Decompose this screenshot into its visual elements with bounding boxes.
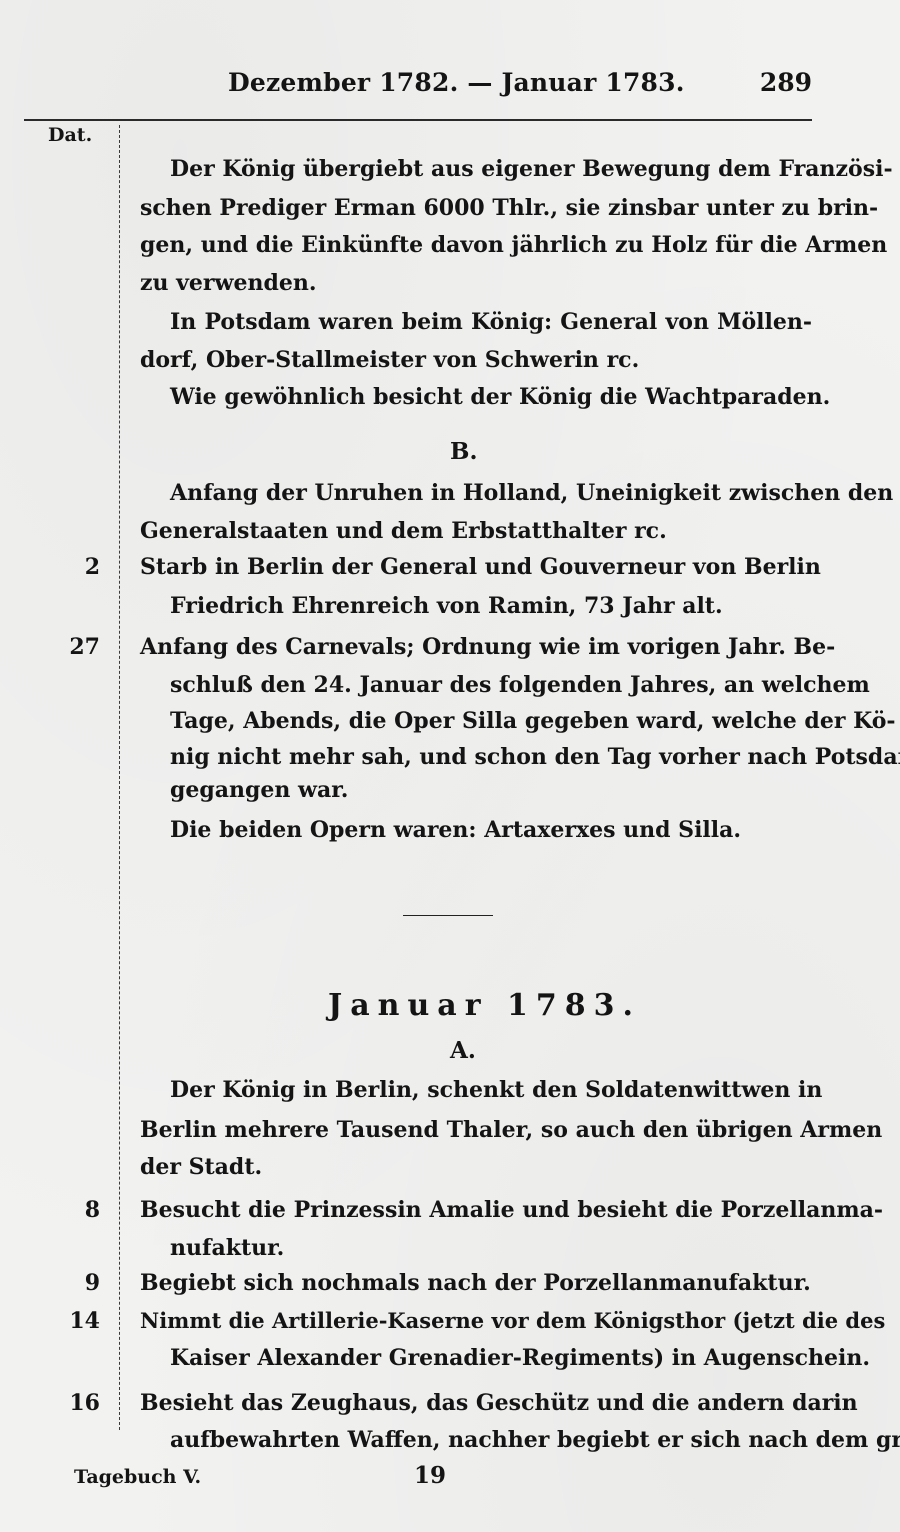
- entry-date: 14: [60, 1306, 100, 1336]
- entry-date: 8: [60, 1195, 100, 1225]
- section-separator-rule: [403, 915, 493, 916]
- text-line: gegangen war.: [170, 775, 812, 805]
- text-line: Berlin mehrere Tausend Thaler, so auch d…: [140, 1115, 812, 1145]
- entry-date: 27: [60, 632, 100, 662]
- text-line: dorf, Ober-Stallmeister von Schwerin rc.: [140, 345, 812, 375]
- text-line: zu verwenden.: [140, 268, 812, 298]
- book-page: Dezember 1782. — Januar 1783. 289 Dat. D…: [0, 0, 900, 1532]
- text-line: In Potsdam waren beim König: General von…: [170, 307, 812, 337]
- text-line: Besieht das Zeughaus, das Geschütz und d…: [140, 1388, 812, 1418]
- page-number: 289: [760, 68, 812, 97]
- text-line: Starb in Berlin der General und Gouverne…: [140, 552, 812, 582]
- sheet-number: 19: [414, 1462, 446, 1489]
- section-letter-b: B.: [450, 437, 477, 467]
- entry-date: 9: [60, 1268, 100, 1298]
- text-line: Der König in Berlin, schenkt den Soldate…: [170, 1075, 812, 1105]
- text-line: aufbewahrten Waffen, nachher begiebt er …: [170, 1425, 812, 1455]
- month-title: Januar 1783.: [328, 988, 641, 1023]
- text-line: Begiebt sich nochmals nach der Porzellan…: [140, 1268, 812, 1298]
- entry-date: 16: [60, 1388, 100, 1418]
- text-line: schen Prediger Erman 6000 Thlr., sie zin…: [140, 193, 812, 223]
- signature-mark: Tagebuch V.: [74, 1466, 201, 1488]
- text-line: der Stadt.: [140, 1152, 812, 1182]
- text-line: Anfang des Carnevals; Ordnung wie im vor…: [140, 632, 812, 662]
- text-line: Der König übergiebt aus eigener Bewegung…: [170, 154, 812, 184]
- page-header: Dezember 1782. — Januar 1783. 289: [0, 68, 900, 108]
- entry-date: 2: [60, 552, 100, 582]
- section-letter-a: A.: [450, 1036, 476, 1066]
- text-line: Generalstaaten und dem Erbstatthalter rc…: [140, 516, 812, 546]
- text-line: nig nicht mehr sah, und schon den Tag vo…: [170, 742, 812, 772]
- text-line: Tage, Abends, die Oper Silla gegeben war…: [170, 706, 812, 736]
- text-line: gen, und die Einkünfte davon jährlich zu…: [140, 230, 812, 260]
- text-line: Die beiden Opern waren: Artaxerxes und S…: [170, 815, 842, 845]
- text-line: Kaiser Alexander Grenadier-Regiments) in…: [170, 1343, 812, 1373]
- text-line: schluß den 24. Januar des folgenden Jahr…: [170, 670, 812, 700]
- text-line: Anfang der Unruhen in Holland, Uneinigke…: [170, 478, 812, 508]
- date-column-divider: [119, 125, 120, 1430]
- text-line: nufaktur.: [170, 1233, 812, 1263]
- text-line: Besucht die Prinzessin Amalie und besieh…: [140, 1195, 812, 1225]
- text-line: Nimmt die Artillerie-Kaserne vor dem Kön…: [140, 1306, 812, 1336]
- date-column-label: Dat.: [48, 124, 92, 146]
- text-line: Friedrich Ehrenreich von Ramin, 73 Jahr …: [170, 591, 812, 621]
- text-line: Wie gewöhnlich besicht der König die Wac…: [170, 382, 812, 412]
- header-rule: [24, 119, 812, 121]
- running-head: Dezember 1782. — Januar 1783.: [228, 68, 685, 97]
